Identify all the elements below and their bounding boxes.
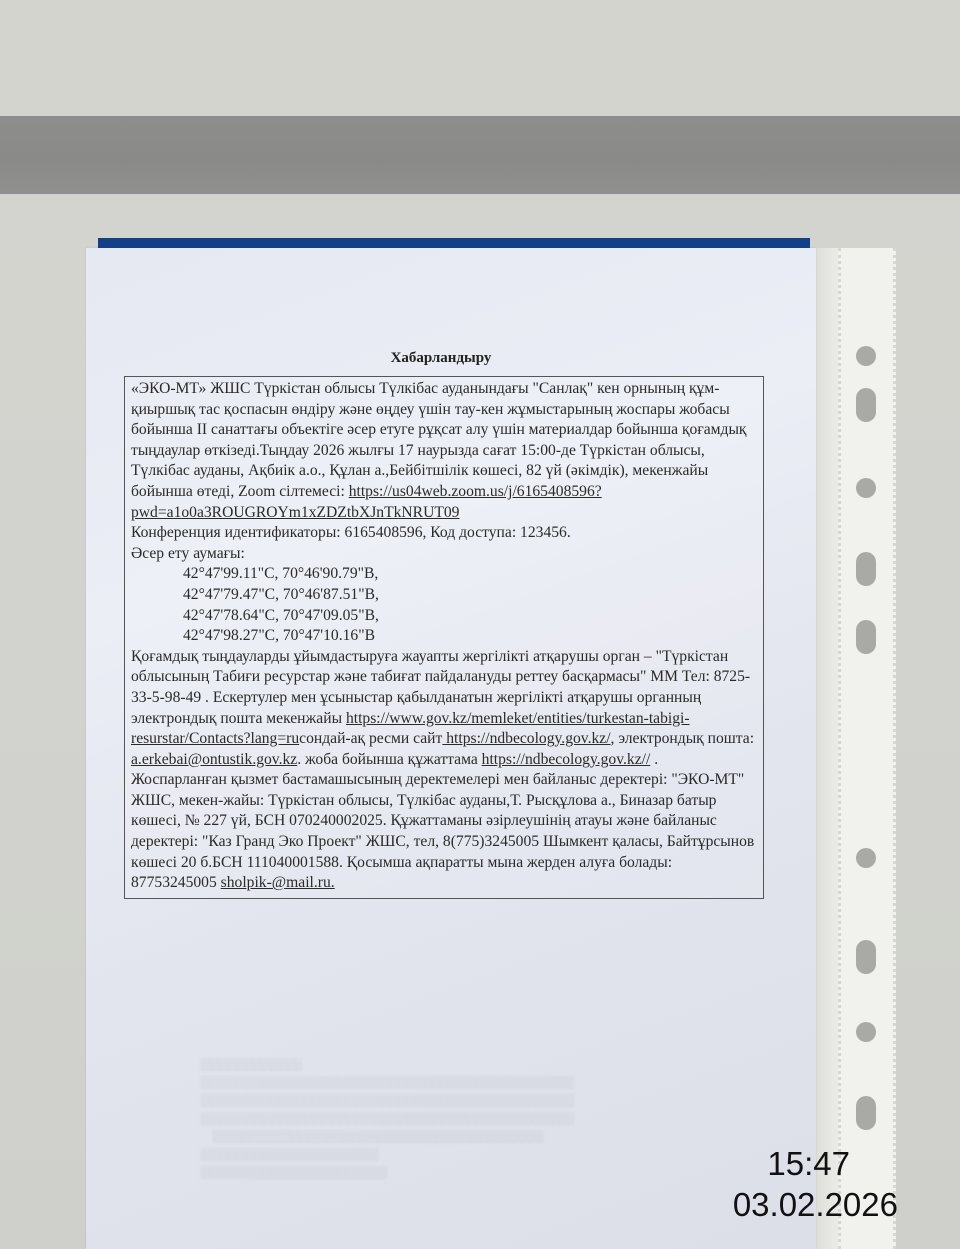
ndb-link[interactable]: https://ndbecology.gov.kz/ [442,730,610,747]
impact-area-label: Әсер ету аумағы: [131,544,757,565]
wall-stripe [0,116,960,194]
punch-hole [856,478,876,498]
punch-hole [856,1022,876,1042]
punch-hole [856,552,876,586]
coordinate-4: 42°47'98.27"С, 70°47'10.16"В [131,626,757,647]
notice-body: «ЭКО-МТ» ЖШС Түркістан облысы Түлкібас а… [124,376,764,899]
authority-paragraph: Қоғамдық тыңдауларды ұйымдастыруға жауап… [131,647,757,894]
notice-title: Хабарландыру [86,350,796,367]
docs-link[interactable]: https://ndbecology.gov.kz// [482,751,651,768]
punch-hole [856,346,876,366]
photo-timestamp-date: 03.02.2026 [733,1186,898,1224]
punch-hole [856,940,876,974]
punch-hole [856,620,876,654]
punch-hole [856,1096,876,1130]
coordinate-3: 42°47'78.64"С, 70°47'09.05"В, [131,606,757,627]
show-through-text: ░░░░░░░░░░░░░░░░░░░░░░░░░░░░░░░░░░░░░░░░… [200,1055,760,1181]
photo-timestamp-time: 15:47 [767,1145,850,1183]
conference-info: Конференция идентификаторы: 6165408596, … [131,523,757,544]
coordinate-1: 42°47'99.11"С, 70°46'90.79"В, [131,564,757,585]
punch-hole [856,388,876,422]
punch-hole [856,848,876,868]
coordinate-2: 42°47'79.47"С, 70°46'87.51"В, [131,585,757,606]
contact-email-link[interactable]: sholpik-@mail.ru. [221,874,335,891]
authority-email-link[interactable]: a.erkebai@ontustik.gov.kz [131,751,297,768]
notice-intro: «ЭКО-МТ» ЖШС Түркістан облысы Түлкібас а… [131,379,757,523]
